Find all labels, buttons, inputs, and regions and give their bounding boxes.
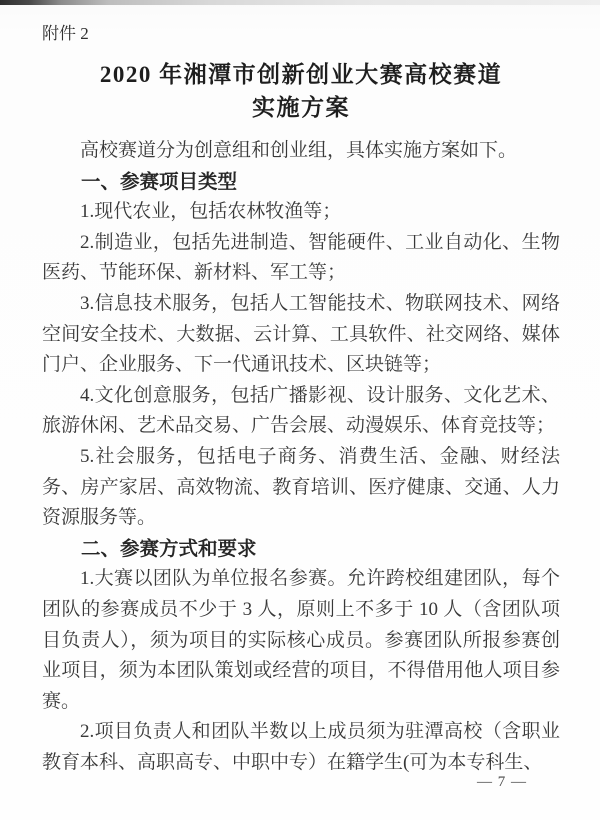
document-title-line1: 2020 年湘潭市创新创业大赛高校赛道 bbox=[42, 58, 560, 91]
section-1-heading: 一、参赛项目类型 bbox=[42, 167, 560, 198]
document-content: 附件 2 2020 年湘潭市创新创业大赛高校赛道 实施方案 高校赛道分为创意组和… bbox=[42, 22, 560, 778]
attachment-label: 附件 2 bbox=[42, 22, 560, 46]
section-1-item-1: 1.现代农业，包括农林牧渔等； bbox=[42, 197, 560, 228]
document-title: 2020 年湘潭市创新创业大赛高校赛道 实施方案 bbox=[42, 58, 560, 124]
section-1-item-4: 4.文化创意服务，包括广播影视、设计服务、文化艺术、旅游休闲、艺术品交易、广告会… bbox=[42, 381, 560, 442]
section-1-item-5: 5.社会服务，包括电子商务、消费生活、金融、财经法务、房产家居、高效物流、教育培… bbox=[42, 442, 560, 534]
scan-edge-artifact bbox=[0, 0, 600, 5]
section-2-item-2: 2.项目负责人和团队半数以上成员须为驻潭高校（含职业教育本科、高职高专、中职中专… bbox=[42, 717, 560, 778]
scanned-document-page: 附件 2 2020 年湘潭市创新创业大赛高校赛道 实施方案 高校赛道分为创意组和… bbox=[0, 0, 600, 820]
document-body: 高校赛道分为创意组和创业组，具体实施方案如下。 一、参赛项目类型 1.现代农业，… bbox=[42, 136, 560, 778]
section-1-item-2: 2.制造业，包括先进制造、智能硬件、工业自动化、生物医药、节能环保、新材料、军工… bbox=[42, 228, 560, 289]
section-1-item-3: 3.信息技术服务，包括人工智能技术、物联网技术、网络空间安全技术、大数据、云计算… bbox=[42, 289, 560, 381]
intro-paragraph: 高校赛道分为创意组和创业组，具体实施方案如下。 bbox=[42, 136, 560, 167]
section-2-heading: 二、参赛方式和要求 bbox=[42, 534, 560, 565]
section-2-item-1: 1.大赛以团队为单位报名参赛。允许跨校组建团队，每个团队的参赛成员不少于 3 人… bbox=[42, 564, 560, 717]
page-number: — 7 — bbox=[477, 774, 527, 791]
document-title-line2: 实施方案 bbox=[42, 91, 560, 124]
